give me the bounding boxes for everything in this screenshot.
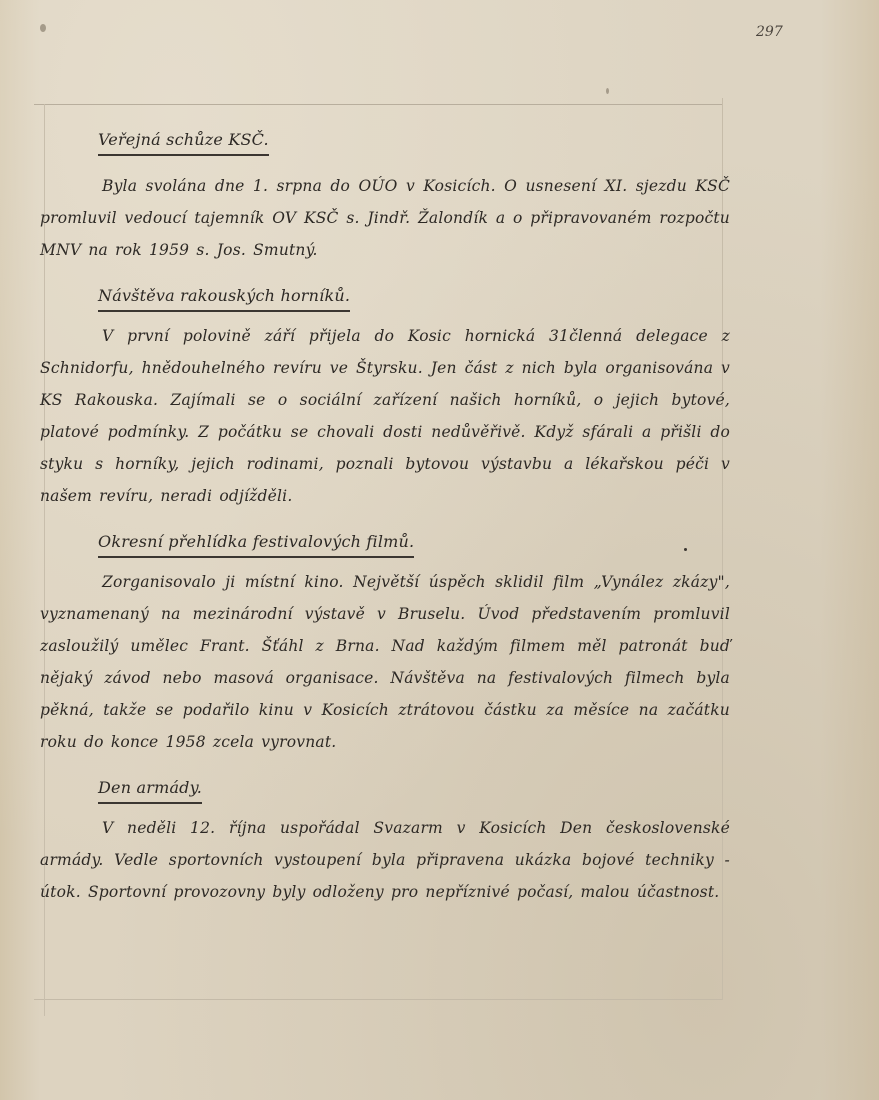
paper-speck (40, 24, 46, 32)
page-number: 297 (756, 24, 783, 40)
paper-speck (606, 88, 609, 94)
section-1-heading-row: Veřejná schůze KSČ. (40, 124, 730, 164)
section-4-heading-row: Den armády. (40, 772, 730, 812)
section-paragraph: V neděli 12. října uspořádal Svazarm v K… (40, 812, 730, 908)
section-heading: Veřejná schůze KSČ. (98, 127, 269, 156)
section-paragraph: V první polovině září přijela do Kosic h… (40, 320, 730, 512)
section-heading: Den armády. (98, 775, 202, 804)
section-heading: Návštěva rakouských horníků. (98, 283, 350, 312)
section-heading: Okresní přehlídka festivalových filmů. (98, 529, 414, 558)
section-paragraph: Zorganisovalo ji místní kino. Největší ú… (40, 566, 730, 758)
section-2-heading-row: Návštěva rakouských horníků. (40, 280, 730, 320)
section-3-heading-row: Okresní přehlídka festivalových filmů. (40, 526, 730, 566)
section-paragraph: Byla svolána dne 1. srpna do OÚO v Kosic… (40, 170, 730, 266)
handwritten-chronicle-page: Veřejná schůze KSČ. Byla svolána dne 1. … (40, 124, 730, 922)
